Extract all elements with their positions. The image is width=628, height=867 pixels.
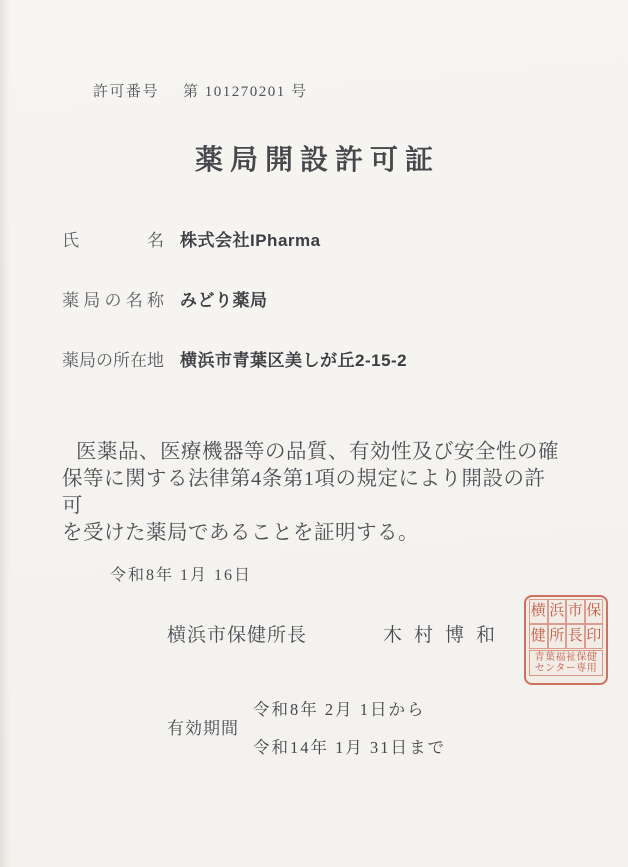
field-value-name: 株式会社IPharma: [180, 226, 321, 251]
seal-char: 長: [566, 624, 585, 649]
official-seal: 横 浜 市 保 健 所 長 印 青葉福祉保健 センター専用: [524, 595, 608, 685]
seal-char: 浜: [548, 599, 567, 624]
permit-number-line: 許可番号第 101270201 号: [93, 80, 308, 101]
seal-char: 所: [548, 624, 567, 649]
certification-line: 保等に関する法律第4条第1項の規定により開設の許可: [62, 466, 562, 520]
validity-from-date: 令和8年 2月 1日から: [253, 696, 426, 720]
seal-subtext-line: センター専用: [530, 663, 602, 674]
seal-char: 横: [529, 599, 548, 624]
certification-line: を受けた薬局であることを証明する。: [62, 520, 562, 547]
document-title: 薬局開設許可証: [0, 138, 628, 178]
validity-period-label: 有効期間: [167, 714, 239, 739]
field-label-pharmacy-name: 薬局の名称: [62, 286, 164, 311]
permit-certificate-document: 許可番号第 101270201 号 薬局開設許可証 氏名 株式会社IPharma…: [0, 0, 628, 867]
seal-subtext: 青葉福祉保健 センター専用: [529, 650, 603, 676]
certification-paragraph: 医薬品、医療機器等の品質、有効性及び安全性の確 保等に関する法律第4条第1項の規…: [62, 439, 562, 547]
seal-char: 健: [529, 624, 548, 649]
field-value-pharmacy-address: 横浜市青葉区美しが丘2-15-2: [180, 346, 407, 371]
seal-char: 市: [566, 599, 585, 624]
seal-char: 印: [585, 624, 604, 649]
issuer-name: 木村博和: [383, 620, 507, 647]
seal-character-grid: 横 浜 市 保 健 所 長 印: [529, 599, 603, 649]
field-row-pharmacy-address: 薬局の所在地 横浜市青葉区美しが丘2-15-2: [62, 346, 407, 371]
certification-line: 医薬品、医療機器等の品質、有効性及び安全性の確: [62, 439, 562, 466]
seal-char: 保: [585, 599, 604, 624]
field-label-pharmacy-address: 薬局の所在地: [62, 346, 164, 371]
validity-to-date: 令和14年 1月 31日まで: [253, 734, 446, 758]
seal-subtext-line: 青葉福祉保健: [530, 652, 602, 663]
field-label-name: 氏名: [62, 226, 164, 251]
permit-number-value: 第 101270201 号: [183, 84, 308, 100]
permit-number-label: 許可番号: [93, 84, 159, 100]
issuer-title: 横浜市保健所長: [167, 620, 307, 647]
issue-date: 令和8年 1月 16日: [110, 562, 252, 585]
field-row-pharmacy-name: 薬局の名称 みどり薬局: [62, 286, 268, 311]
field-row-name: 氏名 株式会社IPharma: [62, 226, 321, 251]
field-value-pharmacy-name: みどり薬局: [180, 286, 268, 311]
